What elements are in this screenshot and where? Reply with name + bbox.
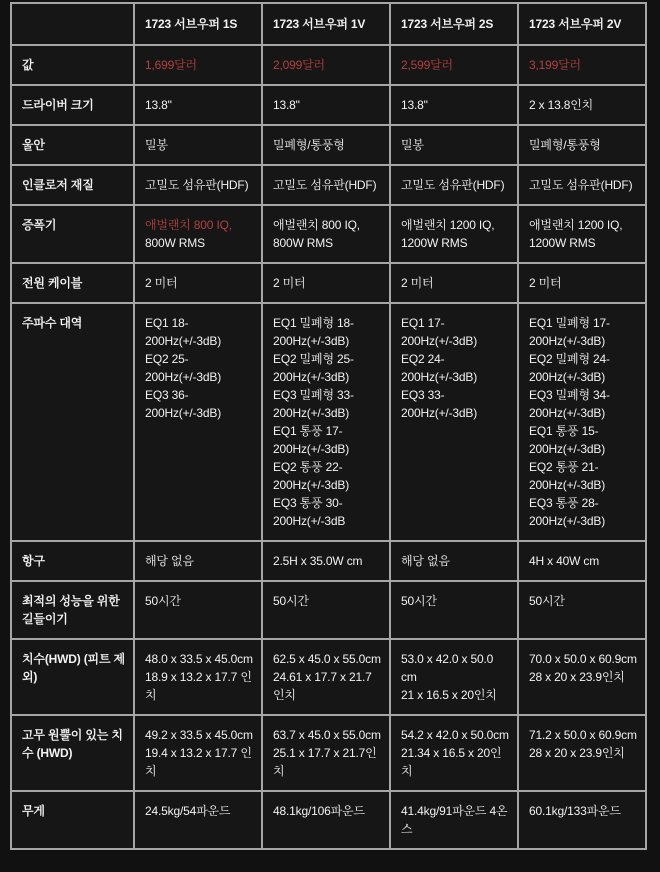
value: 25.1 x 17.7 x 21.7인치 [273, 744, 383, 780]
column-header: 1723 서브우퍼 1V [262, 3, 390, 45]
row-label: 인클로저 재질 [11, 165, 134, 205]
spec-cell: 밀봉 [134, 125, 262, 165]
table-row: 고무 원뿔이 있는 치수 (HWD)49.2 x 33.5 x 45.0cm19… [11, 715, 646, 791]
value: 21 x 16.5 x 20인치 [401, 686, 511, 704]
table-header: 1723 서브우퍼 1S1723 서브우퍼 1V1723 서브우퍼 2S1723… [11, 3, 646, 45]
spec-cell: 고밀도 섬유판(HDF) [390, 165, 518, 205]
value: 밀폐형/통풍형 [273, 136, 383, 154]
spec-cell: 2.5H x 35.0W cm [262, 541, 390, 581]
row-label: 드라이버 크기 [11, 85, 134, 125]
value: 19.4 x 13.2 x 17.7 인치 [145, 744, 255, 780]
value: 800W RMS [145, 234, 255, 252]
value: 13.8" [401, 96, 511, 114]
spec-cell: EQ1 밀폐형 17-200Hz(+/-3dB)EQ2 밀폐형 24-200Hz… [518, 303, 646, 541]
value: 48.1kg/106파운드 [273, 802, 383, 820]
spec-cell: 70.0 x 50.0 x 60.9cm28 x 20 x 23.9인치 [518, 639, 646, 715]
value: EQ1 통풍 17-200Hz(+/-3dB) [273, 422, 383, 458]
value: 해당 없음 [145, 552, 255, 570]
value: 해당 없음 [401, 552, 511, 570]
value: EQ2 밀폐형 25-200Hz(+/-3dB) [273, 350, 383, 386]
spec-cell: 2 미터 [518, 263, 646, 303]
value: 애벌랜치 1200 IQ, [529, 216, 639, 234]
value: EQ3 밀폐형 34-200Hz(+/-3dB) [529, 386, 639, 422]
value: 50시간 [273, 592, 383, 610]
spec-cell: 고밀도 섬유판(HDF) [518, 165, 646, 205]
spec-cell: 고밀도 섬유판(HDF) [262, 165, 390, 205]
table-row: 전원 케이블2 미터2 미터2 미터2 미터 [11, 263, 646, 303]
spec-cell: 밀폐형/통풍형 [262, 125, 390, 165]
spec-cell: 2 미터 [262, 263, 390, 303]
value: EQ2 밀폐형 24-200Hz(+/-3dB) [529, 350, 639, 386]
value: 13.8" [273, 96, 383, 114]
value: EQ3 33-200Hz(+/-3dB) [401, 386, 511, 422]
spec-cell: 13.8" [262, 85, 390, 125]
value: 2.5H x 35.0W cm [273, 552, 383, 570]
value: 4H x 40W cm [529, 552, 639, 570]
row-label: 치수(HWD) (피트 제외) [11, 639, 134, 715]
value: 2 미터 [145, 274, 255, 292]
value: 63.7 x 45.0 x 55.0cm [273, 726, 383, 744]
value: 50시간 [529, 592, 639, 610]
spec-cell: 2 x 13.8인치 [518, 85, 646, 125]
value: 13.8" [145, 96, 255, 114]
value: 48.0 x 33.5 x 45.0cm [145, 650, 255, 668]
highlighted-value: 2,599달러 [401, 56, 511, 74]
spec-cell: 3,199달러 [518, 45, 646, 85]
table-row: 증폭기애벌랜치 800 IQ,800W RMS애벌랜치 800 IQ,800W … [11, 205, 646, 263]
value: 24.5kg/54파운드 [145, 802, 255, 820]
spec-cell: 63.7 x 45.0 x 55.0cm25.1 x 17.7 x 21.7인치 [262, 715, 390, 791]
spec-cell: 해당 없음 [390, 541, 518, 581]
spec-cell: EQ1 밀폐형 18-200Hz(+/-3dB)EQ2 밀폐형 25-200Hz… [262, 303, 390, 541]
highlighted-value: 1,699달러 [145, 56, 255, 74]
spec-cell: 48.1kg/106파운드 [262, 791, 390, 849]
spec-cell: 애벌랜치 800 IQ,800W RMS [262, 205, 390, 263]
table-row: 무게24.5kg/54파운드48.1kg/106파운드41.4kg/91파운드 … [11, 791, 646, 849]
value: 70.0 x 50.0 x 60.9cm [529, 650, 639, 668]
value: EQ3 통풍 30-200Hz(+/-3dB [273, 494, 383, 530]
spec-cell: 13.8" [390, 85, 518, 125]
spec-cell: 54.2 x 42.0 x 50.0cm21.34 x 16.5 x 20인치 [390, 715, 518, 791]
table-row: 울안밀봉밀폐형/통풍형밀봉밀폐형/통풍형 [11, 125, 646, 165]
corner-cell [11, 3, 134, 45]
spec-cell: 13.8" [134, 85, 262, 125]
row-label: 증폭기 [11, 205, 134, 263]
value: 24.61 x 17.7 x 21.7인치 [273, 668, 383, 704]
subwoofer-comparison-table: 1723 서브우퍼 1S1723 서브우퍼 1V1723 서브우퍼 2S1723… [10, 2, 647, 850]
value: 밀봉 [145, 136, 255, 154]
value: 2 x 13.8인치 [529, 96, 639, 114]
row-label: 울안 [11, 125, 134, 165]
value: EQ2 24-200Hz(+/-3dB) [401, 350, 511, 386]
table-row: 드라이버 크기13.8"13.8"13.8"2 x 13.8인치 [11, 85, 646, 125]
value: EQ2 통풍 21-200Hz(+/-3dB) [529, 458, 639, 494]
spec-cell: 2,099달러 [262, 45, 390, 85]
value: 49.2 x 33.5 x 45.0cm [145, 726, 255, 744]
spec-cell: 4H x 40W cm [518, 541, 646, 581]
spec-cell: 밀폐형/통풍형 [518, 125, 646, 165]
value: 28 x 20 x 23.9인치 [529, 744, 639, 762]
table-row: 주파수 대역EQ1 18-200Hz(+/-3dB)EQ2 25-200Hz(+… [11, 303, 646, 541]
value: EQ1 17-200Hz(+/-3dB) [401, 314, 511, 350]
spec-cell: 1,699달러 [134, 45, 262, 85]
spec-cell: 애벌랜치 800 IQ,800W RMS [134, 205, 262, 263]
value: 50시간 [401, 592, 511, 610]
spec-cell: 53.0 x 42.0 x 50.0 cm21 x 16.5 x 20인치 [390, 639, 518, 715]
spec-cell: 고밀도 섬유판(HDF) [134, 165, 262, 205]
value: 고밀도 섬유판(HDF) [401, 176, 511, 194]
value: 50시간 [145, 592, 255, 610]
spec-cell: 50시간 [518, 581, 646, 639]
spec-cell: 50시간 [134, 581, 262, 639]
spec-cell: 50시간 [390, 581, 518, 639]
value: 고밀도 섬유판(HDF) [273, 176, 383, 194]
value: 1200W RMS [529, 234, 639, 252]
spec-cell: 애벌랜치 1200 IQ,1200W RMS [518, 205, 646, 263]
column-header: 1723 서브우퍼 2V [518, 3, 646, 45]
spec-cell: EQ1 18-200Hz(+/-3dB)EQ2 25-200Hz(+/-3dB)… [134, 303, 262, 541]
spec-cell: 49.2 x 33.5 x 45.0cm19.4 x 13.2 x 17.7 인… [134, 715, 262, 791]
spec-cell: 밀봉 [390, 125, 518, 165]
table-row: 최적의 성능을 위한 길들이기50시간50시간50시간50시간 [11, 581, 646, 639]
row-label: 전원 케이블 [11, 263, 134, 303]
value: 60.1kg/133파운드 [529, 802, 639, 820]
page: 1723 서브우퍼 1S1723 서브우퍼 1V1723 서브우퍼 2S1723… [0, 0, 660, 862]
value: EQ2 통풍 22-200Hz(+/-3dB) [273, 458, 383, 494]
spec-cell: 24.5kg/54파운드 [134, 791, 262, 849]
value: 2 미터 [401, 274, 511, 292]
table-row: 항구해당 없음2.5H x 35.0W cm해당 없음4H x 40W cm [11, 541, 646, 581]
row-label: 값 [11, 45, 134, 85]
value: EQ3 밀폐형 33-200Hz(+/-3dB) [273, 386, 383, 422]
table-body: 값1,699달러2,099달러2,599달러3,199달러드라이버 크기13.8… [11, 45, 646, 849]
table-row: 치수(HWD) (피트 제외)48.0 x 33.5 x 45.0cm18.9 … [11, 639, 646, 715]
value: 밀봉 [401, 136, 511, 154]
spec-cell: 애벌랜치 1200 IQ,1200W RMS [390, 205, 518, 263]
value: 62.5 x 45.0 x 55.0cm [273, 650, 383, 668]
value: 800W RMS [273, 234, 383, 252]
value: 밀폐형/통풍형 [529, 136, 639, 154]
value: 고밀도 섬유판(HDF) [145, 176, 255, 194]
value: 1200W RMS [401, 234, 511, 252]
row-label: 항구 [11, 541, 134, 581]
value: 54.2 x 42.0 x 50.0cm [401, 726, 511, 744]
value: 애벌랜치 1200 IQ, [401, 216, 511, 234]
value: 28 x 20 x 23.9인치 [529, 668, 639, 686]
value: EQ3 36-200Hz(+/-3dB) [145, 386, 255, 422]
value: 53.0 x 42.0 x 50.0 cm [401, 650, 511, 686]
column-header: 1723 서브우퍼 2S [390, 3, 518, 45]
spec-cell: 41.4kg/91파운드 4온스 [390, 791, 518, 849]
spec-cell: 2,599달러 [390, 45, 518, 85]
value: 고밀도 섬유판(HDF) [529, 176, 639, 194]
table-row: 인클로저 재질고밀도 섬유판(HDF)고밀도 섬유판(HDF)고밀도 섬유판(H… [11, 165, 646, 205]
highlighted-value: 3,199달러 [529, 56, 639, 74]
spec-cell: EQ1 17-200Hz(+/-3dB)EQ2 24-200Hz(+/-3dB)… [390, 303, 518, 541]
value: EQ1 통풍 15-200Hz(+/-3dB) [529, 422, 639, 458]
value: EQ2 25-200Hz(+/-3dB) [145, 350, 255, 386]
header-row: 1723 서브우퍼 1S1723 서브우퍼 1V1723 서브우퍼 2S1723… [11, 3, 646, 45]
row-label: 최적의 성능을 위한 길들이기 [11, 581, 134, 639]
highlighted-value: 2,099달러 [273, 56, 383, 74]
value: EQ3 통풍 28-200Hz(+/-3dB) [529, 494, 639, 530]
value: EQ1 밀폐형 17-200Hz(+/-3dB) [529, 314, 639, 350]
value: 71.2 x 50.0 x 60.9cm [529, 726, 639, 744]
spec-cell: 48.0 x 33.5 x 45.0cm18.9 x 13.2 x 17.7 인… [134, 639, 262, 715]
spec-cell: 71.2 x 50.0 x 60.9cm28 x 20 x 23.9인치 [518, 715, 646, 791]
highlighted-value: 애벌랜치 800 IQ, [145, 216, 255, 234]
value: EQ1 밀폐형 18-200Hz(+/-3dB) [273, 314, 383, 350]
value: 21.34 x 16.5 x 20인치 [401, 744, 511, 780]
table-row: 값1,699달러2,099달러2,599달러3,199달러 [11, 45, 646, 85]
value: EQ1 18-200Hz(+/-3dB) [145, 314, 255, 350]
spec-cell: 해당 없음 [134, 541, 262, 581]
spec-cell: 2 미터 [390, 263, 518, 303]
row-label: 주파수 대역 [11, 303, 134, 541]
spec-cell: 62.5 x 45.0 x 55.0cm24.61 x 17.7 x 21.7인… [262, 639, 390, 715]
column-header: 1723 서브우퍼 1S [134, 3, 262, 45]
value: 41.4kg/91파운드 4온스 [401, 802, 511, 838]
value: 18.9 x 13.2 x 17.7 인치 [145, 668, 255, 704]
spec-cell: 2 미터 [134, 263, 262, 303]
value: 2 미터 [273, 274, 383, 292]
row-label: 무게 [11, 791, 134, 849]
value: 애벌랜치 800 IQ, [273, 216, 383, 234]
spec-cell: 60.1kg/133파운드 [518, 791, 646, 849]
row-label: 고무 원뿔이 있는 치수 (HWD) [11, 715, 134, 791]
spec-cell: 50시간 [262, 581, 390, 639]
value: 2 미터 [529, 274, 639, 292]
